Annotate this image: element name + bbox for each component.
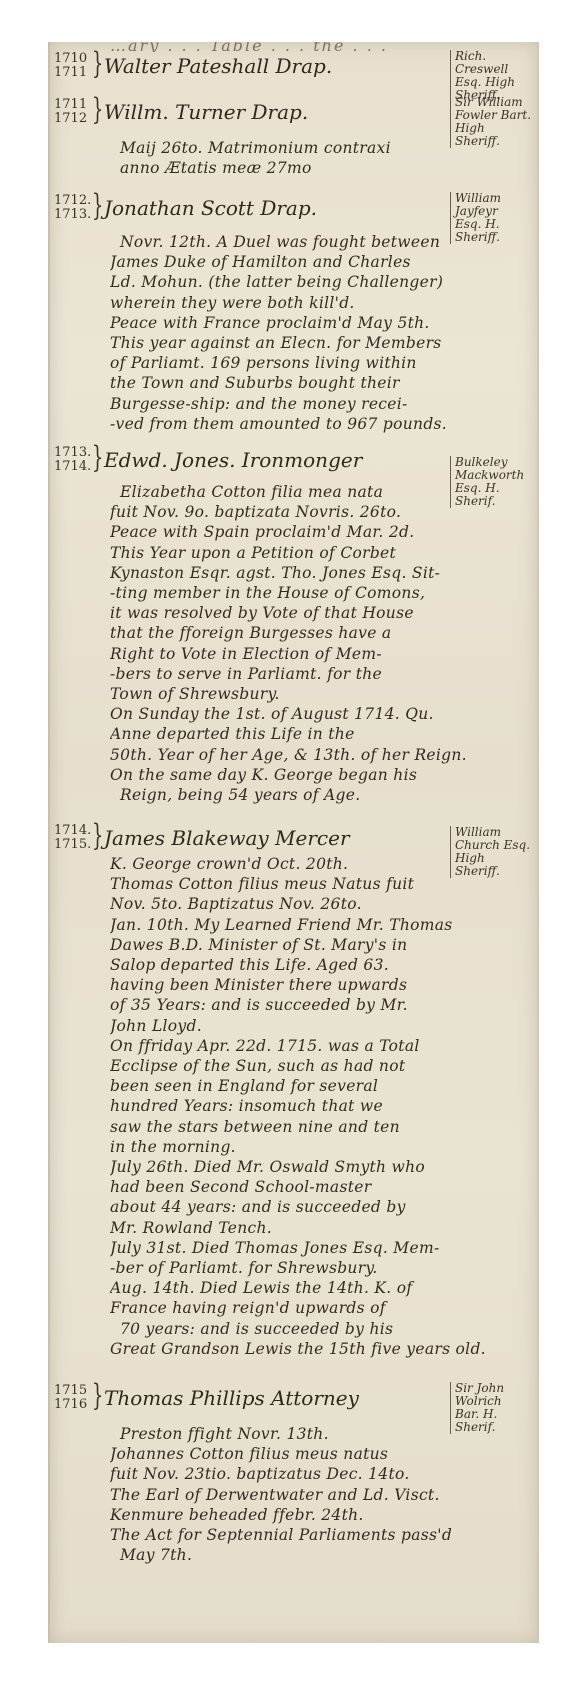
note-line: anno Ætatis meæ 27mo: [110, 158, 530, 178]
mayor-name: Jonathan Scott Drap.: [104, 196, 317, 220]
year-start: 1713.: [54, 446, 90, 460]
note-line: This year against an Elecn. for Members: [110, 333, 530, 353]
brace-icon: }: [92, 192, 103, 220]
brace-icon: }: [92, 822, 103, 850]
note-line: Peace with France proclaim'd May 5th.: [110, 313, 530, 333]
note-line: -ber of Parliamt. for Shrewsbury.: [110, 1258, 530, 1278]
entry-years: 1712. 1713.: [54, 194, 90, 222]
note-line: Preston ffight Novr. 13th.: [110, 1424, 530, 1444]
note-line: Town of Shrewsbury.: [110, 684, 530, 704]
note-line: Kynaston Esqr. agst. Tho. Jones Esq. Sit…: [110, 563, 530, 583]
note-line: Ld. Mohun. (the latter being Challenger): [110, 272, 530, 292]
note-line: Novr. 12th. A Duel was fought between: [110, 232, 530, 252]
mayor-name: Thomas Phillips Attorney: [104, 1386, 359, 1410]
year-end: 1714.: [54, 460, 90, 474]
entry-1715: 1715 1716 } Thomas Phillips Attorney Sir…: [50, 1380, 537, 1640]
mayor-name: Edwd. Jones. Ironmonger: [104, 448, 362, 472]
note-line: that the fforeign Burgesses have a: [110, 623, 530, 643]
note-line: Great Grandson Lewis the 15th five years…: [110, 1339, 530, 1359]
year-start: 1714.: [54, 824, 90, 838]
note-line: fuit Nov. 9o. baptizata Novris. 26to.: [110, 502, 530, 522]
entry-notes: K. George crown'd Oct. 20th. Thomas Cott…: [110, 854, 530, 1359]
entry-1713: 1713. 1714. } Edwd. Jones. Ironmonger Bu…: [50, 442, 537, 817]
note-line: Mr. Rowland Tench.: [110, 1218, 530, 1238]
year-start: 1712.: [54, 194, 90, 208]
manuscript-page: …ary . . . Table . . . the . . . 1710 17…: [48, 42, 539, 1643]
note-line: fuit Nov. 23tio. baptizatus Dec. 14to.: [110, 1464, 530, 1484]
note-line: Johannes Cotton filius meus natus: [110, 1444, 530, 1464]
note-line: -ting member in the House of Comons,: [110, 583, 530, 603]
year-end: 1712: [54, 112, 90, 126]
note-line: Thomas Cotton filius meus Natus fuit: [110, 874, 530, 894]
note-line: Burgesse-ship: and the money recei-: [110, 394, 530, 414]
note-line: Dawes B.D. Minister of St. Mary's in: [110, 935, 530, 955]
note-line: of 35 Years: and is succeeded by Mr.: [110, 995, 530, 1015]
entry-years: 1713. 1714.: [54, 446, 90, 474]
note-line: hundred Years: insomuch that we: [110, 1096, 530, 1116]
note-line: having been Minister there upwards: [110, 975, 530, 995]
entry-years: 1710 1711: [54, 52, 90, 80]
entry-1711: 1711 1712 } Willm. Turner Drap. Sir Will…: [50, 94, 537, 186]
brace-icon: }: [92, 1382, 103, 1410]
note-line: -ved from them amounted to 967 pounds.: [110, 414, 530, 434]
year-start: 1710: [54, 52, 90, 66]
note-line: On the same day K. George began his: [110, 765, 530, 785]
note-line: The Act for Septennial Parliaments pass'…: [110, 1525, 530, 1545]
note-line: it was resolved by Vote of that House: [110, 603, 530, 623]
note-line: about 44 years: and is succeeded by: [110, 1197, 530, 1217]
note-line: John Lloyd.: [110, 1016, 530, 1036]
note-line: K. George crown'd Oct. 20th.: [110, 854, 530, 874]
note-line: France having reign'd upwards of: [110, 1298, 530, 1318]
note-line: Ecclipse of the Sun, such as had not: [110, 1056, 530, 1076]
note-line: 50th. Year of her Age, & 13th. of her Re…: [110, 745, 530, 765]
entry-notes: Elizabetha Cotton filia mea nata fuit No…: [110, 482, 530, 805]
note-line: Elizabetha Cotton filia mea nata: [110, 482, 530, 502]
year-end: 1713.: [54, 208, 90, 222]
note-line: of Parliamt. 169 persons living within: [110, 353, 530, 373]
note-line: Anne departed this Life in the: [110, 724, 530, 744]
note-line: On ffriday Apr. 22d. 1715. was a Total: [110, 1036, 530, 1056]
note-line: Aug. 14th. Died Lewis the 14th. K. of: [110, 1278, 530, 1298]
note-line: Peace with Spain proclaim'd Mar. 2d.: [110, 522, 530, 542]
year-end: 1711: [54, 66, 90, 80]
entry-1710: 1710 1711 } Walter Pateshall Drap. Rich.…: [50, 48, 537, 88]
note-line: July 31st. Died Thomas Jones Esq. Mem-: [110, 1238, 530, 1258]
year-end: 1716: [54, 1398, 90, 1412]
note-line: May 7th.: [110, 1545, 530, 1565]
note-line: wherein they were both kill'd.: [110, 293, 530, 313]
entry-1714: 1714. 1715. } James Blakeway Mercer Will…: [50, 820, 537, 1375]
mayor-name: Walter Pateshall Drap.: [104, 54, 332, 78]
note-line: -bers to serve in Parliamt. for the: [110, 664, 530, 684]
note-line: Maij 26to. Matrimonium contraxi: [110, 138, 530, 158]
sheriff-line: Rich. Creswell: [455, 50, 533, 76]
entry-notes: Maij 26to. Matrimonium contraxi anno Æta…: [110, 138, 530, 178]
entry-notes: Preston ffight Novr. 13th. Johannes Cott…: [110, 1424, 530, 1565]
brace-icon: }: [92, 444, 103, 472]
note-line: Nov. 5to. Baptizatus Nov. 26to.: [110, 894, 530, 914]
note-line: July 26th. Died Mr. Oswald Smyth who: [110, 1157, 530, 1177]
note-line: The Earl of Derwentwater and Ld. Visct.: [110, 1485, 530, 1505]
brace-icon: }: [92, 50, 103, 78]
note-line: Right to Vote in Election of Mem-: [110, 644, 530, 664]
entry-years: 1711 1712: [54, 98, 90, 126]
note-line: On Sunday the 1st. of August 1714. Qu.: [110, 704, 530, 724]
note-line: saw the stars between nine and ten: [110, 1117, 530, 1137]
note-line: 70 years: and is succeeded by his: [110, 1319, 530, 1339]
year-end: 1715.: [54, 838, 90, 852]
note-line: had been Second School-master: [110, 1177, 530, 1197]
note-line: been seen in England for several: [110, 1076, 530, 1096]
brace-icon: }: [92, 96, 103, 124]
note-line: in the morning.: [110, 1137, 530, 1157]
entry-years: 1714. 1715.: [54, 824, 90, 852]
note-line: the Town and Suburbs bought their: [110, 373, 530, 393]
note-line: Reign, being 54 years of Age.: [110, 785, 530, 805]
note-line: Kenmure beheaded ffebr. 24th.: [110, 1505, 530, 1525]
note-line: Salop departed this Life. Aged 63.: [110, 955, 530, 975]
note-line: This Year upon a Petition of Corbet: [110, 543, 530, 563]
entry-notes: Novr. 12th. A Duel was fought between Ja…: [110, 232, 530, 434]
entry-years: 1715 1716: [54, 1384, 90, 1412]
year-start: 1711: [54, 98, 90, 112]
note-line: Jan. 10th. My Learned Friend Mr. Thomas: [110, 915, 530, 935]
year-start: 1715: [54, 1384, 90, 1398]
entry-1712: 1712. 1713. } Jonathan Scott Drap. Willi…: [50, 190, 537, 440]
mayor-name: James Blakeway Mercer: [104, 826, 350, 850]
note-line: James Duke of Hamilton and Charles: [110, 252, 530, 272]
mayor-name: Willm. Turner Drap.: [104, 100, 308, 124]
